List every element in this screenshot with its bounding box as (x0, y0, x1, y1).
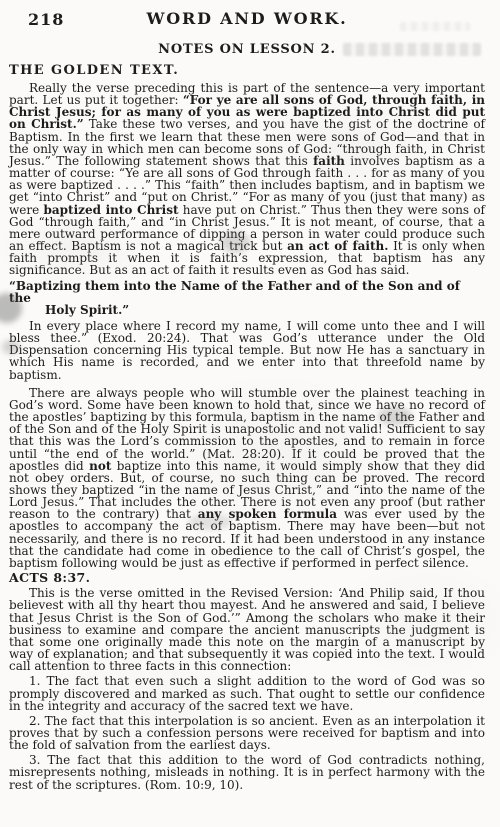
baptizing-heading-line2: Holy Spirit.” (9, 304, 485, 316)
scanned-document-page: 218 WORD AND WORK. NOTES ON LESSON 2. TH… (0, 0, 500, 827)
paragraph-golden-text: Really the verse preceding this is part … (9, 82, 485, 277)
paragraph-point-3: 3. The fact that this addition to the wo… (9, 754, 485, 790)
journal-title: WORD AND WORK. (9, 9, 485, 28)
baptizing-heading: “Baptizing them into the Name of the Fat… (9, 280, 485, 316)
paragraph-exodus: In every place where I record my name, I… (9, 320, 485, 381)
acts-heading: ACTS 8:37. (9, 572, 485, 584)
section-baptizing: “Baptizing them into the Name of the Fat… (9, 280, 485, 570)
paragraph-point-2: 2. The fact that this interpolation is s… (9, 715, 485, 751)
page-number: 218 (28, 10, 64, 29)
golden-text-heading: THE GOLDEN TEXT. (9, 63, 485, 78)
baptizing-heading-line1: “Baptizing them into the Name of the Fat… (9, 280, 485, 304)
section-golden-text: THE GOLDEN TEXT. Really the verse preced… (9, 63, 485, 277)
section-acts: ACTS 8:37. This is the verse omitted in … (9, 572, 485, 791)
lesson-heading: NOTES ON LESSON 2. (9, 42, 485, 57)
paragraph-point-1: 1. The fact that even such a slight addi… (9, 675, 485, 711)
paragraph-stumble: There are always people who will stumble… (9, 387, 485, 569)
paragraph-acts-verse: This is the verse omitted in the Revised… (9, 587, 485, 672)
page-header: 218 WORD AND WORK. (9, 9, 485, 29)
